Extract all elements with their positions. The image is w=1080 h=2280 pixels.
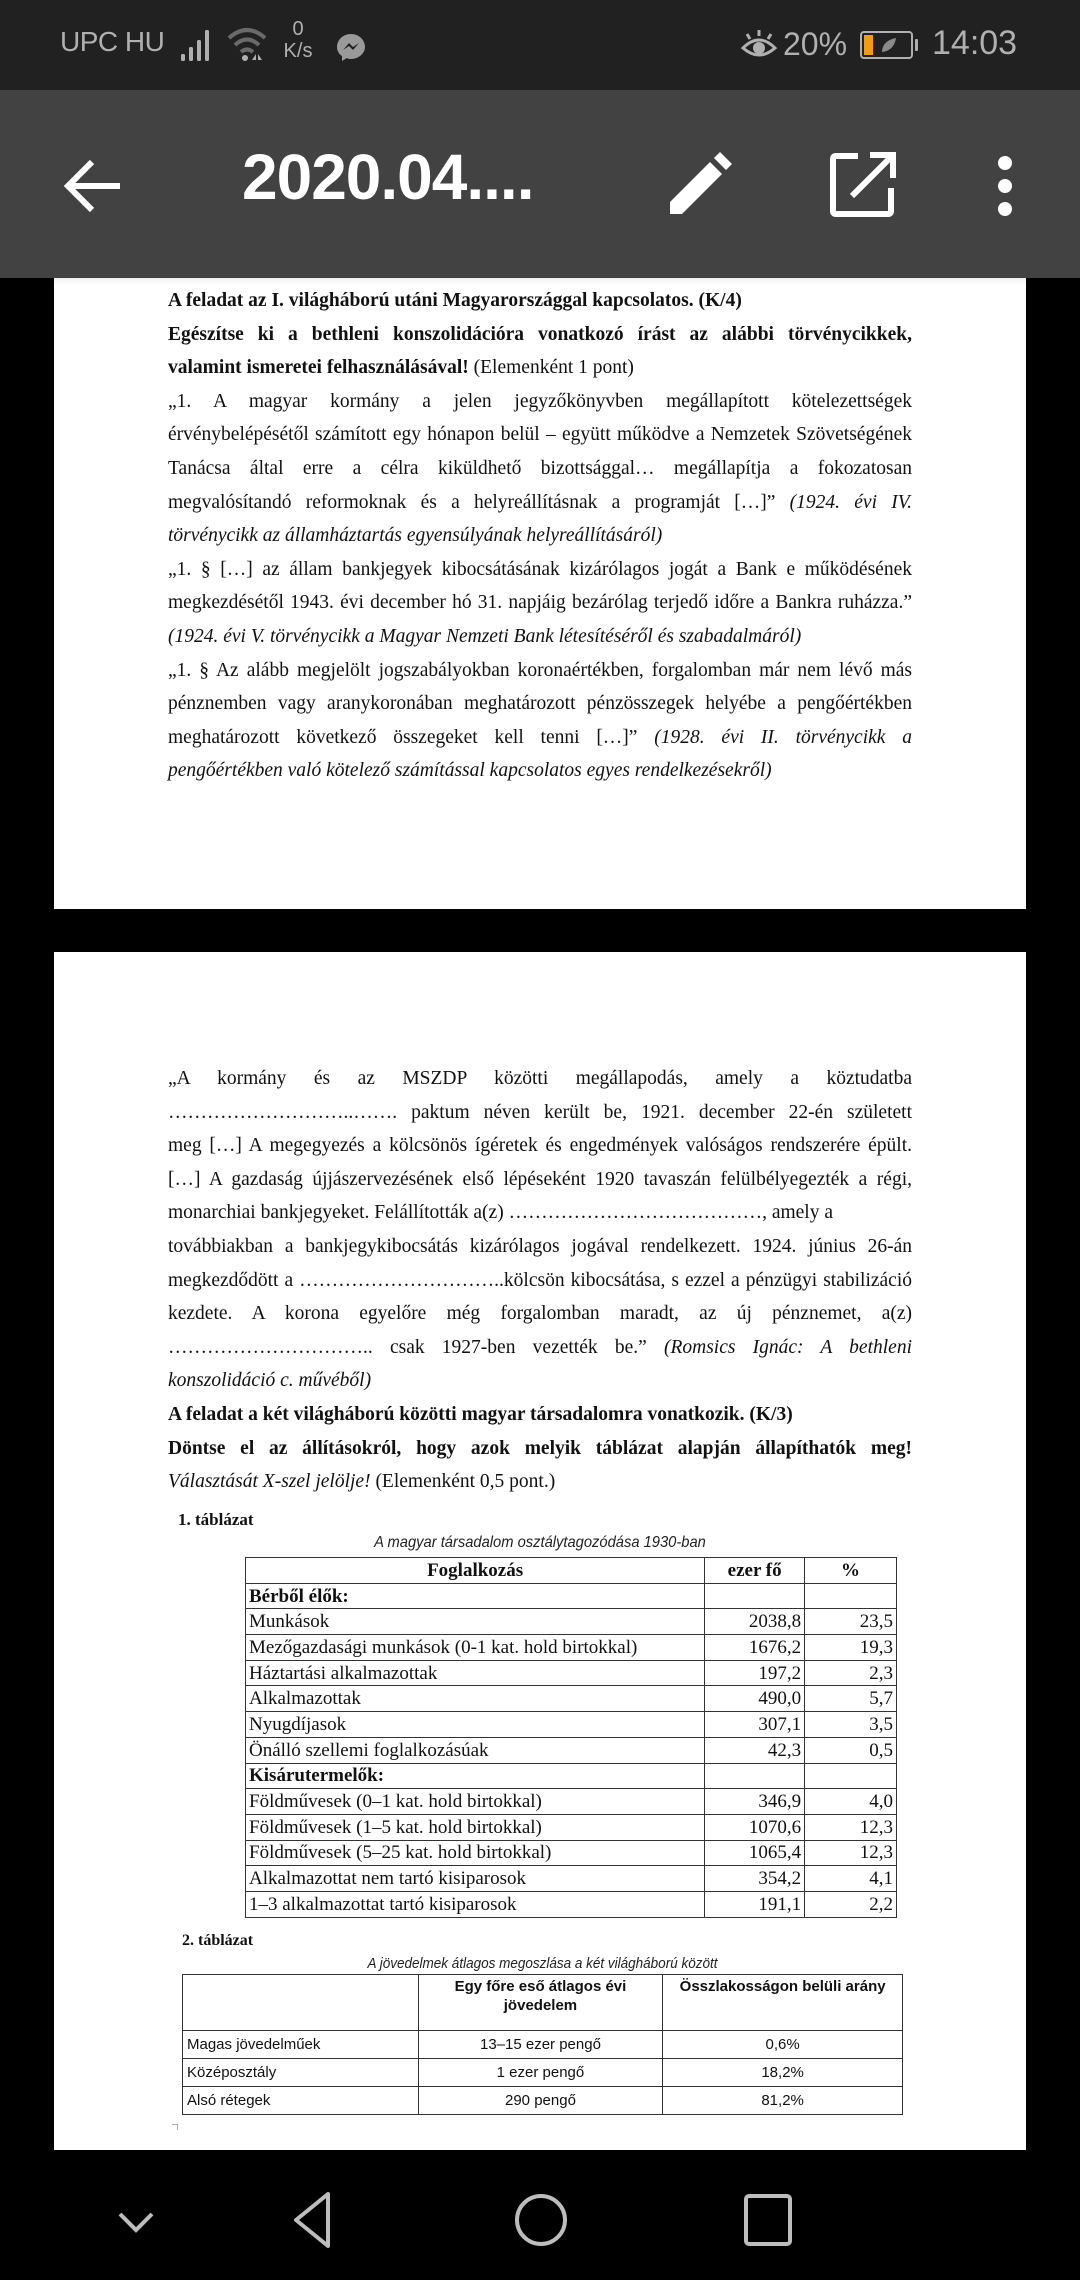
pencil-icon[interactable]	[666, 152, 732, 218]
body-text: ………………………..……. paktum néven került be, 1…	[168, 1102, 912, 1123]
percent-cell: 12,3	[805, 1840, 897, 1866]
bold-text: Egészítse ki a bethleni konszolidációra …	[168, 324, 912, 345]
income-group-cell: Magas jövedelműek	[183, 2031, 419, 2059]
table-2-header: Egy főre eső átlagos évi jövedelem	[418, 1975, 663, 2031]
text-line: (1924. évi V. törvénycikk a Magyar Nemze…	[168, 620, 912, 654]
document-title: 2020.04....	[242, 140, 533, 214]
page-1-text: A feladat az I. világháború utáni Magyar…	[168, 284, 912, 788]
thousand-persons-cell: 354,2	[705, 1866, 805, 1892]
text-line: pénznemben vagy aranykoronában meghatáro…	[168, 687, 912, 721]
thousand-persons-cell: 2038,8	[705, 1609, 805, 1635]
thousand-persons-cell: 346,9	[705, 1789, 805, 1815]
table-group-row: Bérből élők:	[246, 1583, 897, 1609]
thousand-persons-cell	[705, 1583, 805, 1609]
body-text: pénznemben vagy aranykoronában meghatáro…	[168, 693, 912, 714]
carrier-name: UPC HU	[60, 26, 164, 58]
table-row: Nyugdíjasok307,13,5	[246, 1712, 897, 1738]
occupation-cell: Földművesek (0–1 kat. hold birtokkal)	[246, 1789, 705, 1815]
italic-citation: pengőértékben való kötelező számítással …	[168, 760, 772, 781]
text-line: konszolidáció c. művéből)	[168, 1364, 912, 1398]
table-row: Önálló szellemi foglalkozásúak42,30,5	[246, 1737, 897, 1763]
occupation-cell: Munkások	[246, 1609, 705, 1635]
document-viewer[interactable]: A feladat az I. világháború utáni Magyar…	[0, 278, 1080, 2150]
recents-square-icon[interactable]	[738, 2190, 798, 2250]
body-text: „1. § […] az állam bankjegyek kibocsátás…	[168, 559, 912, 580]
home-circle-icon[interactable]	[511, 2190, 571, 2250]
text-line: monarchiai bankjegyeket. Felállították a…	[168, 1196, 912, 1230]
body-text: érvénybelépésétől számított egy hónapon …	[168, 424, 912, 445]
table-row: 1–3 alkalmazottat tartó kisiparosok191,1…	[246, 1891, 897, 1917]
table-2-header: Összlakosságon belüli arány	[663, 1975, 903, 2031]
table-1-header: ezer fő	[705, 1558, 805, 1584]
more-vert-icon[interactable]	[990, 154, 1020, 218]
italic-citation: konszolidáció c. művéből)	[168, 1370, 371, 1391]
table-1-label: 1. táblázat	[178, 1510, 254, 1530]
bold-text: A feladat az I. világháború utáni Magyar…	[168, 290, 742, 311]
occupation-cell: Nyugdíjasok	[246, 1712, 705, 1738]
percent-cell: 4,0	[805, 1789, 897, 1815]
app-toolbar: 2020.04....	[0, 90, 1080, 278]
occupation-cell: 1–3 alkalmazottat tartó kisiparosok	[246, 1891, 705, 1917]
bold-text: valamint ismeretei felhasználásával!	[168, 357, 469, 378]
percent-cell: 12,3	[805, 1814, 897, 1840]
thousand-persons-cell: 490,0	[705, 1686, 805, 1712]
bold-text: Döntse el az állításokról, hogy azok mel…	[168, 1438, 912, 1459]
body-text: (Elemenként 0,5 pont.)	[371, 1471, 556, 1492]
text-line: pengőértékben való kötelező számítással …	[168, 754, 912, 788]
occupation-cell: Háztartási alkalmazottak	[246, 1660, 705, 1686]
thousand-persons-cell: 1070,6	[705, 1814, 805, 1840]
text-line: érvénybelépésétől számított egy hónapon …	[168, 418, 912, 452]
italic-citation: (1924. évi IV.	[790, 492, 912, 513]
text-line: valamint ismeretei felhasználásával! (El…	[168, 351, 912, 385]
page-2-text: „A kormány és az MSZDP közötti megállapo…	[168, 1062, 912, 1499]
percent-cell: 2,2	[805, 1891, 897, 1917]
text-line: meg […] A megegyezés a kölcsönös ígérete…	[168, 1129, 912, 1163]
text-boundary-mark	[172, 2124, 178, 2130]
thousand-persons-cell: 197,2	[705, 1660, 805, 1686]
body-text: Tanácsa által erre a célra kiküldhető bi…	[168, 458, 912, 479]
percent-cell	[805, 1583, 897, 1609]
occupation-cell: Alkalmazottat nem tartó kisiparosok	[246, 1866, 705, 1892]
body-text: […] A gazdaság újjászervezésének első lé…	[168, 1169, 912, 1190]
table-2-label: 2. táblázat	[182, 1932, 253, 1950]
messenger-icon	[336, 32, 366, 62]
battery-percent: 20%	[783, 26, 847, 63]
italic-citation: (1924. évi V. törvénycikk a Magyar Nemze…	[168, 626, 801, 647]
table-row: Alkalmazottak490,05,7	[246, 1686, 897, 1712]
table-1-header: %	[805, 1558, 897, 1584]
bold-text: A feladat a két világháború közötti magy…	[168, 1404, 793, 1425]
percent-cell: 19,3	[805, 1635, 897, 1661]
text-line: ………………………….. csak 1927-ben vezették be.”…	[168, 1331, 912, 1365]
back-arrow-icon[interactable]	[60, 158, 124, 214]
avg-income-cell: 1 ezer pengő	[418, 2059, 663, 2087]
italic-citation: (1928. évi II. törvénycikk a	[654, 727, 912, 748]
table-row: Földművesek (0–1 kat. hold birtokkal)346…	[246, 1789, 897, 1815]
occupation-cell: Földművesek (1–5 kat. hold birtokkal)	[246, 1814, 705, 1840]
body-text: kezdete. A korona egyelőre még forgalomb…	[168, 1303, 912, 1324]
thousand-persons-cell: 42,3	[705, 1737, 805, 1763]
table-2-caption: A jövedelmek átlagos megoszlása a két vi…	[218, 1955, 867, 1972]
thousand-persons-cell: 307,1	[705, 1712, 805, 1738]
italic-citation: Választását X-szel jelölje!	[168, 1471, 371, 1492]
text-line: A feladat az I. világháború utáni Magyar…	[168, 284, 912, 318]
percent-cell: 23,5	[805, 1609, 897, 1635]
table-row: Alkalmazottat nem tartó kisiparosok354,2…	[246, 1866, 897, 1892]
text-line: „1. § Az alább megjelölt jogszabályokban…	[168, 654, 912, 688]
text-line: ………………………..……. paktum néven került be, 1…	[168, 1096, 912, 1130]
income-group-cell: Középosztály	[183, 2059, 419, 2087]
wifi-icon	[226, 24, 268, 64]
text-line: meghatározott következő összegeket kell …	[168, 721, 912, 755]
status-bar: UPC HU 0 K/s 20% 14:03	[0, 0, 1080, 90]
percent-cell	[805, 1763, 897, 1789]
clock: 14:03	[932, 24, 1017, 63]
table-row: Háztartási alkalmazottak197,22,3	[246, 1660, 897, 1686]
thousand-persons-cell: 1676,2	[705, 1635, 805, 1661]
text-line: megkezdődött a …………………………..kölcsön kiboc…	[168, 1264, 912, 1298]
text-line: Döntse el az állításokról, hogy azok mel…	[168, 1432, 912, 1466]
body-text: „1. § Az alább megjelölt jogszabályokban…	[168, 660, 912, 681]
thousand-persons-cell: 191,1	[705, 1891, 805, 1917]
text-line: „A kormány és az MSZDP közötti megállapo…	[168, 1062, 912, 1096]
signal-icon	[180, 28, 216, 62]
percent-cell: 5,7	[805, 1686, 897, 1712]
navigation-bar	[0, 2150, 1080, 2280]
percent-cell: 3,5	[805, 1712, 897, 1738]
text-line: Tanácsa által erre a célra kiküldhető bi…	[168, 452, 912, 486]
table-row: Alsó rétegek290 pengő81,2%	[183, 2087, 903, 2115]
text-line: Egészítse ki a bethleni konszolidációra …	[168, 318, 912, 352]
table-row: Magas jövedelműek13–15 ezer pengő0,6%	[183, 2031, 903, 2059]
battery-saver-icon	[860, 31, 920, 59]
table-row: Munkások2038,823,5	[246, 1609, 897, 1635]
occupation-cell: Földművesek (5–25 kat. hold birtokkal)	[246, 1840, 705, 1866]
occupation-cell: Kisárutermelők:	[246, 1763, 705, 1789]
body-text: monarchiai bankjegyeket. Felállították a…	[168, 1202, 833, 1223]
avg-income-cell: 290 pengő	[418, 2087, 663, 2115]
avg-income-cell: 13–15 ezer pengő	[418, 2031, 663, 2059]
italic-citation: (Romsics Ignác: A bethleni	[664, 1337, 912, 1358]
network-speed: 0 K/s	[280, 18, 316, 62]
body-text: továbbiakban a bankjegykibocsátás kizáró…	[168, 1236, 912, 1257]
body-text: „A kormány és az MSZDP közötti megállapo…	[168, 1068, 912, 1089]
occupation-cell: Alkalmazottak	[246, 1686, 705, 1712]
percent-cell: 4,1	[805, 1866, 897, 1892]
body-text: megkezdésétől 1943. évi december hó 31. …	[168, 592, 912, 613]
table-row: Földművesek (1–5 kat. hold birtokkal)107…	[246, 1814, 897, 1840]
table-2: Egy főre eső átlagos évi jövedelemÖsszla…	[182, 1974, 903, 2115]
table-group-row: Kisárutermelők:	[246, 1763, 897, 1789]
text-line: törvénycikk az államháztartás egyensúlyá…	[168, 519, 912, 553]
open-external-icon[interactable]	[830, 152, 896, 218]
text-line: „1. § […] az állam bankjegyek kibocsátás…	[168, 553, 912, 587]
table-2-header	[183, 1975, 419, 2031]
body-text: „1. A magyar kormány a jelen jegyzőkönyv…	[168, 391, 912, 412]
body-text: ………………………….. csak 1927-ben vezették be.”	[168, 1337, 664, 1358]
body-text: megvalósítandó reformoknak és a helyreál…	[168, 492, 790, 513]
income-group-cell: Alsó rétegek	[183, 2087, 419, 2115]
percent-cell: 2,3	[805, 1660, 897, 1686]
body-text: (Elemenként 1 pont)	[469, 357, 634, 378]
thousand-persons-cell: 1065,4	[705, 1840, 805, 1866]
document-page-2: „A kormány és az MSZDP közötti megállapo…	[54, 952, 1026, 2150]
population-share-cell: 18,2%	[663, 2059, 903, 2087]
occupation-cell: Mezőgazdasági munkások (0-1 kat. hold bi…	[246, 1635, 705, 1661]
document-page-1: A feladat az I. világháború utáni Magyar…	[54, 278, 1026, 909]
table-1: Foglalkozásezer fő% Bérből élők:Munkások…	[245, 1557, 897, 1918]
eye-comfort-icon	[740, 28, 778, 62]
population-share-cell: 0,6%	[663, 2031, 903, 2059]
table-row: Mezőgazdasági munkások (0-1 kat. hold bi…	[246, 1635, 897, 1661]
table-row: Középosztály1 ezer pengő18,2%	[183, 2059, 903, 2087]
text-line: megkezdésétől 1943. évi december hó 31. …	[168, 586, 912, 620]
text-line: […] A gazdaság újjászervezésének első lé…	[168, 1163, 912, 1197]
table-1-caption: A magyar társadalom osztálytagozódása 19…	[198, 1534, 882, 1552]
body-text: megkezdődött a …………………………..kölcsön kiboc…	[168, 1270, 912, 1291]
population-share-cell: 81,2%	[663, 2087, 903, 2115]
text-line: kezdete. A korona egyelőre még forgalomb…	[168, 1297, 912, 1331]
back-triangle-icon[interactable]	[284, 2190, 344, 2250]
table-row: Földművesek (5–25 kat. hold birtokkal)10…	[246, 1840, 897, 1866]
occupation-cell: Bérből élők:	[246, 1583, 705, 1609]
hide-nav-chevron-icon[interactable]	[106, 2190, 166, 2250]
text-line: megvalósítandó reformoknak és a helyreál…	[168, 486, 912, 520]
body-text: meghatározott következő összegeket kell …	[168, 727, 654, 748]
text-line: Választását X-szel jelölje! (Elemenként …	[168, 1465, 912, 1499]
thousand-persons-cell	[705, 1763, 805, 1789]
text-line: A feladat a két világháború közötti magy…	[168, 1398, 912, 1432]
table-1-header: Foglalkozás	[246, 1558, 705, 1584]
occupation-cell: Önálló szellemi foglalkozásúak	[246, 1737, 705, 1763]
text-line: „1. A magyar kormány a jelen jegyzőkönyv…	[168, 385, 912, 419]
body-text: meg […] A megegyezés a kölcsönös ígérete…	[168, 1135, 912, 1156]
percent-cell: 0,5	[805, 1737, 897, 1763]
text-line: továbbiakban a bankjegykibocsátás kizáró…	[168, 1230, 912, 1264]
italic-citation: törvénycikk az államháztartás egyensúlyá…	[168, 525, 662, 546]
